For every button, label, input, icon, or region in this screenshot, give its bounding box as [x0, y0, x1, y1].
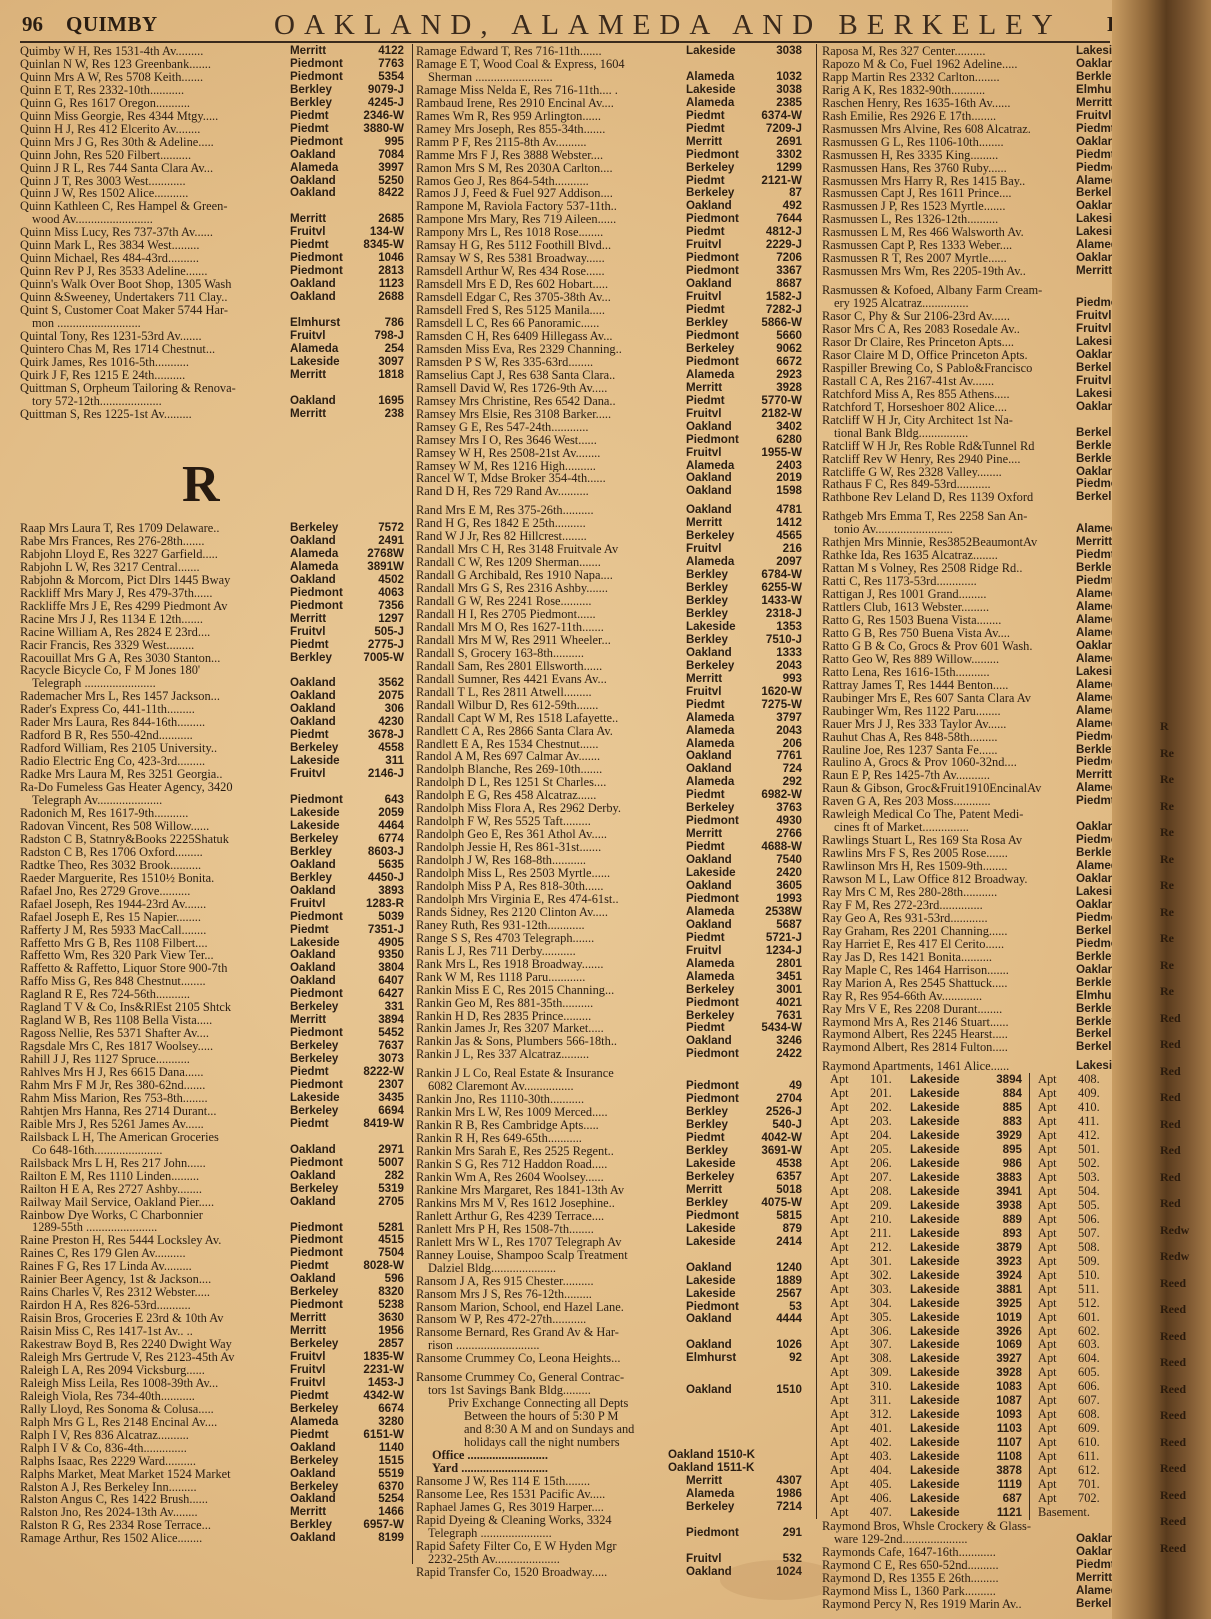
- phone-number: 2231-W: [342, 1364, 404, 1377]
- entry-name: Raven G A, Res 203 Moss............: [822, 795, 1080, 808]
- column-divider: [816, 44, 817, 1519]
- exchange: Oakland: [290, 1442, 336, 1455]
- phone-number: 254: [342, 343, 404, 356]
- exchange: Lakeside: [910, 1242, 982, 1255]
- exchange: Fruitvl: [686, 945, 721, 958]
- entry-name: Racouillat Mrs G A, Res 3030 Stanton...: [20, 652, 288, 665]
- entry-name: Ratto Lena, Res 1616-15th...........: [822, 666, 1080, 679]
- directory-entry: Ragoss Nellie, Res 5371 Shafter Av....Pi…: [20, 1027, 408, 1040]
- exchange: Lakeside: [910, 1214, 982, 1227]
- apartment-row: Apt208.Lakeside3941: [830, 1185, 1029, 1199]
- phone-number: 2923: [738, 369, 802, 382]
- apt-number: 307.: [870, 1338, 910, 1351]
- phone-number: 3878: [982, 1465, 1022, 1478]
- entry-name: Randolph Miss P A, Res 818-30th......: [416, 880, 684, 893]
- phone-number: 3881: [982, 1284, 1022, 1297]
- phone-number: 1103: [982, 1423, 1022, 1436]
- phone-number: 4444: [738, 1313, 802, 1326]
- entry-name: Rankin J L Co, Real Estate & Insurance: [416, 1067, 684, 1080]
- exchange: Alameda: [290, 1416, 338, 1429]
- exchange: Piedmont: [290, 71, 343, 84]
- entry-name: Raymond D, Res 1355 E 26th.........: [822, 1572, 1080, 1585]
- exchange: Merritt: [290, 408, 326, 421]
- directory-entry: Ramsdell L C, Res 66 Panoramic......Berk…: [416, 317, 808, 330]
- entry-name: Rasmussen Mrs Harry R, Res 1415 Bay..: [822, 175, 1080, 188]
- entry-name: Radke Mrs Laura M, Res 3251 Georgia..: [20, 768, 288, 781]
- phone-number: 6357: [738, 1171, 802, 1184]
- exchange: Oakland: [686, 1384, 732, 1397]
- apt-label: Apt: [1038, 1129, 1078, 1142]
- directory-entry: Quintal Tony, Res 1231-53rd Av.......Fru…: [20, 330, 408, 343]
- directory-entry: Ransome Crummey Co, Leona Heights...Elmh…: [416, 1352, 808, 1365]
- phone-number: 4450-J: [342, 872, 404, 885]
- entry-name: Randall S, Grocery 163-8th..........: [416, 647, 684, 660]
- entry-name: Randolph Mrs Virginia E, Res 474-61st..: [416, 893, 684, 906]
- entry-name: Radston C B, Statnry&Books 2225Shatuk: [20, 833, 288, 846]
- entry-name: Ranlett Mrs P H, Res 1508-7th........: [416, 1223, 684, 1236]
- entry-name: Rankin Miss E C, Res 2015 Channing...: [416, 984, 684, 997]
- exchange: Fruitvl: [290, 1364, 325, 1377]
- phone-number: 4245-J: [342, 97, 404, 110]
- entry-name: Randall Sumner, Res 4421 Evans Av...: [416, 673, 684, 686]
- entry-name: Randolph D L, Res 1251 St Charles....: [416, 776, 684, 789]
- phone-number: 1889: [738, 1275, 802, 1288]
- entry-name: Racir Francis, Res 3329 West.........: [20, 639, 288, 652]
- phone-number: 2307: [342, 1079, 404, 1092]
- directory-entry: Ransom Marion, School, end Hazel Lane.Pi…: [416, 1301, 808, 1314]
- directory-entry: Randolph E G, Res 458 Alcatraz......Pied…: [416, 789, 808, 802]
- phone-number: 3880-W: [342, 123, 404, 136]
- entry-name: Rawlinson Mrs H, Res 1509-9th........: [822, 860, 1080, 873]
- phone-number: 1695: [342, 395, 404, 408]
- apartment-row: Apt302.Lakeside3924: [830, 1269, 1029, 1283]
- exchange: Merritt: [290, 45, 326, 58]
- exchange: Lakeside: [910, 1116, 982, 1129]
- entry-name: Ransom J A, Res 915 Chester..........: [416, 1275, 684, 1288]
- directory-entry: Randall Sam, Res 2801 Ellsworth......Ber…: [416, 660, 808, 673]
- entry-name: Rahm Mrs F M Jr, Res 380-62nd.......: [20, 1079, 288, 1092]
- apt-number: 407.: [870, 1506, 910, 1519]
- exchange: Lakeside: [290, 807, 340, 820]
- exchange: Piedmont: [686, 356, 739, 369]
- entry-continuation: Telegraph .......................: [416, 1527, 696, 1540]
- directory-entry: Rawlings Stuart L, Res 169 Sta Rosa AvPi…: [822, 834, 1112, 847]
- directory-entry: Rank W M, Res 1118 Paru............Alame…: [416, 971, 808, 984]
- apartment-row: Apt211.Lakeside893: [830, 1227, 1029, 1241]
- entry-name: Ranney Louise, Shampoo Scalp Treatment: [416, 1249, 684, 1262]
- exchange: Fruitvl: [290, 768, 325, 781]
- directory-entry: Rahill J J, Res 1127 Spruce...........Be…: [20, 1053, 408, 1066]
- exchange: Piedmont: [290, 911, 343, 924]
- apt-label: Apt: [830, 1352, 870, 1365]
- directory-entry: Rasmussen G L, Res 1106-10th........Oakl…: [822, 136, 1112, 149]
- exchange: Lakeside: [910, 1493, 982, 1506]
- entry-name: Rapp Martin Res 2332 Carlton........: [822, 71, 1080, 84]
- entry-name: Rattlers Club, 1613 Webster.........: [822, 601, 1080, 614]
- adjacent-page-text: Re: [1160, 906, 1174, 919]
- directory-entry: Ramsdell Edgar C, Res 3705-38th Av...Fru…: [416, 291, 808, 304]
- directory-entry: Randall Mrs M O, Res 1627-11th.......Lak…: [416, 621, 808, 634]
- apartment-row: Apt212.Lakeside3879: [830, 1241, 1029, 1255]
- entry-name: Randall Mrs M W, Res 2911 Wheeler...: [416, 634, 684, 647]
- directory-entry: Raines F G, Res 17 Linda Av.........Pied…: [20, 1260, 408, 1273]
- entry-name: Raymond Percy N, Res 1919 Marin Av..: [822, 1598, 1080, 1611]
- directory-entry: Ramage Edward T, Res 716-11th.......Lake…: [416, 45, 808, 58]
- apt-label: Apt: [1038, 1366, 1078, 1379]
- apt-label: Apt: [830, 1087, 870, 1100]
- entry-name: Rabjohn Lloyd E, Res 3227 Garfield.....: [20, 548, 288, 561]
- directory-entry: Raschen Henry, Res 1635-16th Av......Mer…: [822, 97, 1112, 110]
- directory-entry: Raposa M, Res 327 Center..........Lakesi…: [822, 45, 1112, 58]
- exchange: Lakeside: [686, 45, 736, 58]
- entry-name: Racine William A, Res 2824 E 23rd....: [20, 626, 288, 639]
- entry-name: Raubinger Mrs E, Res 607 Santa Clara Av: [822, 692, 1080, 705]
- exchange: Fruitvl: [686, 408, 721, 421]
- directory-entry: Quimby W H, Res 1531-4th Av.........Merr…: [20, 45, 408, 58]
- entry-name: Raymond C E, Res 650-52nd..........: [822, 1559, 1080, 1572]
- directory-entry: Raleigh Viola, Res 734-40th...........Pi…: [20, 1390, 408, 1403]
- adjacent-page-text: Reed: [1160, 1489, 1186, 1502]
- exchange: Lakeside: [686, 621, 736, 634]
- apt-number: 211.: [870, 1227, 910, 1240]
- directory-entry: Ransom W P, Res 472-27th...........Oakla…: [416, 1313, 808, 1326]
- apt-number: 209.: [870, 1199, 910, 1212]
- entry-name: Ramsey W M, Res 1216 High..........: [416, 460, 684, 473]
- entry-name: Ramsdell L C, Res 66 Panoramic......: [416, 317, 684, 330]
- directory-entry: Quint S, Customer Coat Maker 5744 Har-mo…: [20, 304, 408, 330]
- exchange: Piedmont: [290, 587, 343, 600]
- apt-number: 204.: [870, 1129, 910, 1142]
- apt-label: Apt: [1038, 1380, 1078, 1393]
- directory-entry: Ralph I V, Res 836 Alcatraz..........Pie…: [20, 1429, 408, 1442]
- adjacent-page-text: Re: [1160, 932, 1174, 945]
- entry-name: Ramon Mrs S M, Res 2030A Carlton....: [416, 162, 684, 175]
- exchange: Piedmont: [686, 1527, 739, 1540]
- phone-number: 9062: [738, 343, 802, 356]
- entry-name: Ransom Mrs J S, Res 76-12th.........: [416, 1288, 684, 1301]
- phone-number: 1299: [738, 162, 802, 175]
- directory-entry: Quinn Mrs A W, Res 5708 Keith.......Pied…: [20, 71, 408, 84]
- phone-number: 3038: [738, 45, 802, 58]
- entry-name: Ransome Crummey Co, General Contrac-: [416, 1371, 684, 1384]
- apartment-row: Apt301.Lakeside3923: [830, 1255, 1029, 1269]
- entry-name: Randall T L, Res 2811 Atwell.........: [416, 686, 684, 699]
- directory-entry: Rancel W T, Mdse Broker 354-4th......Oak…: [416, 472, 808, 485]
- directory-entry: Rasmussen Mrs Harry R, Res 1415 Bay..Ala…: [822, 175, 1112, 188]
- directory-entry: Rattray James T, Res 1444 Benton.....Ala…: [822, 679, 1112, 692]
- entry-name: Rattray James T, Res 1444 Benton.....: [822, 679, 1080, 692]
- directory-entry: Ranlett Mrs W L, Res 1707 Telegraph AvLa…: [416, 1236, 808, 1249]
- phone-number: 1835-W: [342, 1351, 404, 1364]
- entry-name: Rauline Joe, Res 1237 Santa Fe......: [822, 744, 1080, 757]
- entry-name: Ransome J W, Res 114 E 15th........: [416, 1475, 684, 1488]
- directory-entry: Ramey Mrs Joseph, Res 855-34th.......Pie…: [416, 123, 808, 136]
- apt-label: Apt: [1038, 1087, 1078, 1100]
- directory-entry: Rash Emilie, Res 2926 E 17th........Frui…: [822, 110, 1112, 123]
- entry-name: Ray F M, Res 272-23rd..............: [822, 899, 1080, 912]
- exchange: Fruitvl: [290, 898, 325, 911]
- entry-name: Rally Lloyd, Res Sonoma & Colusa.....: [20, 1403, 288, 1416]
- directory-entry: Ray Harriet E, Res 417 El Cerito......Pi…: [822, 938, 1112, 951]
- phone-number: 4063: [342, 587, 404, 600]
- apt-label: Apt: [830, 1269, 870, 1282]
- apartments-left: Apt101.Lakeside3894Apt201.Lakeside884Apt…: [830, 1073, 1030, 1520]
- apt-number: 406.: [870, 1492, 910, 1505]
- exchange: Lakeside: [910, 1339, 982, 1352]
- night-number-value: Oakland 1511-K: [668, 1462, 754, 1475]
- phone-number: 3001: [738, 984, 802, 997]
- directory-entry: Ralston A J, Res Berkeley Inn.........Be…: [20, 1481, 408, 1494]
- entry-name: Rankin H D, Res 2835 Prince.........: [416, 1010, 684, 1023]
- phone-number: 7214: [738, 1501, 802, 1514]
- entry-name: Ramey Mrs Joseph, Res 855-34th.......: [416, 123, 684, 136]
- entry-name: Rawson M L, Law Office 812 Broadway.: [822, 873, 1080, 886]
- exchange: Merritt: [686, 1184, 722, 1197]
- exchange: Lakeside: [910, 1130, 982, 1143]
- adjacent-page-text: Re: [1160, 773, 1174, 786]
- adjacent-page-text: Re: [1160, 879, 1174, 892]
- entry-name: Rank W M, Res 1118 Paru............: [416, 971, 684, 984]
- directory-entry: Ray F M, Res 272-23rd..............Oakla…: [822, 899, 1112, 912]
- r-entries: Raap Mrs Laura T, Res 1709 Delaware..Ber…: [20, 522, 408, 1545]
- apt-label: Apt: [830, 1394, 870, 1407]
- entry-name: Rapid Safety Filter Co, E W Hyden Mgr: [416, 1540, 684, 1553]
- apt-label: Apt: [1038, 1352, 1078, 1365]
- exchange: Berkley: [686, 608, 728, 621]
- phone-number: 1620-W: [738, 686, 802, 699]
- apt-label: Apt: [1038, 1325, 1078, 1338]
- phone-number: 2043: [738, 725, 802, 738]
- phone-number: 1234-J: [738, 945, 802, 958]
- entry-name: Ramsay W S, Res 5381 Broadway......: [416, 252, 684, 265]
- phone-number: 1121: [982, 1507, 1022, 1520]
- entry-name: Randolph F W, Res 5525 Taft.........: [416, 815, 684, 828]
- directory-entry: Ramsden P S W, Res 335-63rd........Piedm…: [416, 356, 808, 369]
- phone-number: 7275-W: [738, 699, 802, 712]
- exchange: Fruitvl: [290, 626, 325, 639]
- phone-number: 5519: [342, 1468, 404, 1481]
- phone-number: 238: [342, 408, 404, 421]
- entry-name: Ray Geo A, Res 931-53rd............: [822, 912, 1080, 925]
- directory-entry: Raubinger Mrs E, Res 607 Santa Clara AvA…: [822, 692, 1112, 705]
- phone-number: 3926: [982, 1326, 1022, 1339]
- entry-name: Raisin Miss C, Res 1417-1st Av.. ..: [20, 1325, 288, 1338]
- entry-name: Rand H G, Res 1842 E 25th..........: [416, 517, 684, 530]
- exchange: Piedmt: [290, 639, 329, 652]
- exchange: Oakland: [686, 1262, 732, 1275]
- entry-name: Randol A M, Res 697 Calmar Av.......: [416, 750, 684, 763]
- directory-entry: Rand W J Jr, Res 82 Hillcrest........Ber…: [416, 530, 808, 543]
- phone-number: 2768W: [342, 548, 404, 561]
- exchange: Lakeside: [910, 1088, 982, 1101]
- directory-entry: Rawlinson Mrs H, Res 1509-9th........Ala…: [822, 860, 1112, 873]
- exchange: Fruitvl: [686, 447, 721, 460]
- phone-number: 3038: [738, 84, 802, 97]
- entry-name: Ramsdell Fred S, Res 5125 Manila.....: [416, 304, 684, 317]
- entry-name: Raible Mrs J, Res 5261 James Av......: [20, 1118, 288, 1131]
- entry-name: Ralph Mrs G L, Res 2148 Encinal Av....: [20, 1416, 288, 1429]
- directory-entry: Rasor Claire M D, Office Princeton Apts.…: [822, 349, 1112, 362]
- phone-number: 5018: [738, 1184, 802, 1197]
- directory-entry: Ratto G B & Co, Grocs & Prov 601 Wash.Oa…: [822, 640, 1112, 653]
- entry-name: Rauhut Chas A, Res 848-58th.........: [822, 731, 1080, 744]
- apt-label: Apt: [830, 1380, 870, 1393]
- entry-name: Raleigh L A, Res 2094 Vicksburg......: [20, 1364, 288, 1377]
- entry-name: Raffo Miss G, Res 848 Chestnut........: [20, 975, 288, 988]
- phone-number: 3924: [982, 1270, 1022, 1283]
- exchange: Berkeley: [290, 1455, 338, 1468]
- apartment-row: Apt403.Lakeside1108: [830, 1450, 1029, 1464]
- entry-name: Radford William, Res 2105 University..: [20, 742, 288, 755]
- directory-entry: Raymond C E, Res 650-52nd..........Piedm…: [822, 1559, 1112, 1572]
- exchange: Piedmt: [290, 1429, 329, 1442]
- entry-name: Rathaus F C, Res 849-53rd...........: [822, 478, 1080, 491]
- directory-entry: Ramon Mrs S M, Res 2030A Carlton....Berk…: [416, 162, 808, 175]
- directory-entry: Rankin James Jr, Res 3207 Market.....Pie…: [416, 1022, 808, 1035]
- apt-number: 212.: [870, 1241, 910, 1254]
- apartment-row: Apt303.Lakeside3881: [830, 1283, 1029, 1297]
- phone-number: 3925: [982, 1298, 1022, 1311]
- apt-label: Apt: [830, 1366, 870, 1379]
- exchange: Berkeley: [686, 162, 734, 175]
- directory-entry: Ramsey W M, Res 1216 High..........Alame…: [416, 460, 808, 473]
- entry-name: Randall H I, Res 2705 Piedmont......: [416, 608, 684, 621]
- directory-entry: Raspiller Brewing Co, S Pablo&FranciscoB…: [822, 362, 1112, 375]
- entry-name: Quittman S, Orpheum Tailoring & Renova-: [20, 382, 288, 395]
- phone-number: 3879: [982, 1242, 1022, 1255]
- apt-number: 203.: [870, 1115, 910, 1128]
- entries-tail: Raymond Bros, Whsle Crockery & Glass-war…: [822, 1520, 1112, 1611]
- directory-entry: Ratto Lena, Res 1616-15th...........Lake…: [822, 666, 1112, 679]
- entry-name: Randlett E A, Res 1534 Chestnut......: [416, 738, 684, 751]
- phone-number: 1515: [342, 1455, 404, 1468]
- directory-entry: Raleigh L A, Res 2094 Vicksburg......Fru…: [20, 1364, 408, 1377]
- directory-entry: Ray R, Res 954-66th Av.............Elmhu…: [822, 990, 1112, 1003]
- entry-name: Ralston R G, Res 2334 Rose Terrace...: [20, 1519, 288, 1532]
- entry-name: Ramsdell Edgar C, Res 3705-38th Av...: [416, 291, 684, 304]
- entry-name: Randall Sam, Res 2801 Ellsworth......: [416, 660, 684, 673]
- apt-number: 403.: [870, 1450, 910, 1463]
- entry-continuation: mon ...........................: [20, 317, 300, 330]
- entry-name: Ramage Arthur, Res 1502 Alice........: [20, 1532, 288, 1545]
- apartment-row: Apt405.Lakeside1119: [830, 1478, 1029, 1492]
- exchange: Merritt: [686, 673, 722, 686]
- directory-entry: Rankin Jas & Sons, Plumbers 566-18th..Oa…: [416, 1035, 808, 1048]
- directory-entry: Rastall C A, Res 2167-41st Av.......Frui…: [822, 375, 1112, 388]
- apt-number: 205.: [870, 1143, 910, 1156]
- entry-name: Rairdon H A, Res 826-53rd...........: [20, 1299, 288, 1312]
- directory-entry: Ramsdell Fred S, Res 5125 Manila.....Pie…: [416, 304, 808, 317]
- entry-name: Ratti C, Res 1173-53rd.............: [822, 575, 1080, 588]
- exchange: Lakeside: [910, 1465, 982, 1478]
- exchange: Alameda: [290, 162, 338, 175]
- entry-name: Rankin Mrs Sarah E, Res 2525 Regent..: [416, 1145, 684, 1158]
- entry-name: Ralphs Isaac, Res 2229 Ward..........: [20, 1455, 288, 1468]
- exchange: Piedmont: [290, 600, 343, 613]
- directory-entry: Quinn J R L, Res 744 Santa Clara Av...Al…: [20, 162, 408, 175]
- exchange: Oakland: [290, 885, 336, 898]
- adjacent-page-text: Reed: [1160, 1330, 1186, 1343]
- apt-label: Apt: [1038, 1436, 1078, 1449]
- directory-entry: Quinn Michael, Res 484-43rd..........Pie…: [20, 252, 408, 265]
- directory-entry: Rafael Joseph, Res 1944-23rd Av.......Fr…: [20, 898, 408, 911]
- exchange: Piedmt: [290, 110, 329, 123]
- directory-entry: Randlett C A, Res 2866 Santa Clara Av.Al…: [416, 725, 808, 738]
- apt-label: Apt: [830, 1157, 870, 1170]
- apt-number: 302.: [870, 1269, 910, 1282]
- directory-entry: Ramsell David W, Res 1726-9th Av.....Mer…: [416, 382, 808, 395]
- directory-entry: Ralston Angus C, Res 1422 Brush......Oak…: [20, 1493, 408, 1506]
- entry-name: Rademacher Mrs L, Res 1457 Jackson...: [20, 690, 288, 703]
- entry-name: Raleigh Mrs Gertrude V, Res 2123-45th Av: [20, 1351, 288, 1364]
- directory-entry: Raymond D, Res 1355 E 26th.........Merri…: [822, 1572, 1112, 1585]
- exchange: Fruitvl: [686, 686, 721, 699]
- entry-name: Rankin James Jr, Res 3207 Market.....: [416, 1022, 684, 1035]
- apartment-row: Apt404.Lakeside3878: [830, 1464, 1029, 1478]
- apt-label: Apt: [830, 1464, 870, 1477]
- entry-name: Ransom W P, Res 472-27th...........: [416, 1313, 684, 1326]
- entry-name: Raisin Bros, Groceries E 23rd & 10th Av: [20, 1312, 288, 1325]
- apt-label: Apt: [830, 1171, 870, 1184]
- exchange: Piedmont: [686, 434, 739, 447]
- entry-continuation: rison ...........................: [416, 1339, 696, 1352]
- entry-name: Quinn Kathleen C, Res Hampel & Green-: [20, 200, 288, 213]
- exchange: Piedmont: [290, 58, 343, 71]
- entry-name: Ray Mrs C M, Res 280-28th...........: [822, 886, 1080, 899]
- directory-entry: Quintero Chas M, Res 1714 Chestnut...Ala…: [20, 343, 408, 356]
- phone-number: 3451: [738, 971, 802, 984]
- entry-name: Ray Mrs V E, Res 2208 Durant........: [822, 1003, 1080, 1016]
- directory-entry: Rademacher Mrs L, Res 1457 Jackson...Oak…: [20, 690, 408, 703]
- apt-label: Apt: [1038, 1297, 1078, 1310]
- entry-name: Randall Mrs M O, Res 1627-11th.......: [416, 621, 684, 634]
- entry-continuation: Telegraph Av.....................: [20, 794, 300, 807]
- directory-entry: Ragland T V & Co, Ins&RlEst 2105 ShtckBe…: [20, 1001, 408, 1014]
- header-rule: [20, 41, 1110, 43]
- directory-entry: Raun E P, Res 1425-7th Av...........Merr…: [822, 769, 1112, 782]
- entry-name: Rands Sidney, Res 2120 Clinton Av.....: [416, 906, 684, 919]
- phone-number: 2059: [342, 807, 404, 820]
- directory-entry: Ramsden C H, Res 6409 Hillegass Av...Pie…: [416, 330, 808, 343]
- directory-entry: Ramsay W S, Res 5381 Broadway......Piedm…: [416, 252, 808, 265]
- apartment-row: Apt209.Lakeside3938: [830, 1199, 1029, 1213]
- exchange: Oakland: [290, 291, 336, 304]
- exchange: Merritt: [1076, 1572, 1112, 1585]
- phone-number: 5815: [738, 1210, 802, 1223]
- directory-entry: Radovan Vincent, Res 508 Willow......Lak…: [20, 820, 408, 833]
- directory-entry: Raleigh Miss Leila, Res 1008-39th Av...F…: [20, 1377, 408, 1390]
- exchange: Oakland: [290, 149, 336, 162]
- entry-name: Ransome Bernard, Res Grand Av & Har-: [416, 1326, 684, 1339]
- entry-name: Quinn Mark L, Res 3834 West.........: [20, 239, 288, 252]
- directory-entry: Raulino A, Grocs & Prov 1060-32nd....Pie…: [822, 756, 1112, 769]
- directory-entry: Randall S, Grocery 163-8th..........Oakl…: [416, 647, 808, 660]
- directory-entry: Rathke Ida, Res 1635 Alcatraz........Pie…: [822, 549, 1112, 562]
- adjacent-page-text: Red: [1160, 1065, 1181, 1078]
- directory-entry: Ransome Bernard, Res Grand Av & Har-riso…: [416, 1326, 808, 1352]
- exchange: Oakland: [290, 1144, 336, 1157]
- apt-label: Apt: [1038, 1478, 1078, 1491]
- apt-number: 201.: [870, 1087, 910, 1100]
- directory-entry: Rampone M, Raviola Factory 537-11th..Oak…: [416, 200, 808, 213]
- directory-entry: Rauhut Chas A, Res 848-58th.........Pied…: [822, 731, 1112, 744]
- phone-number: 4122: [342, 45, 404, 58]
- phone-number: 8603-J: [342, 846, 404, 859]
- apt-label: Apt: [1038, 1199, 1078, 1212]
- entry-name: Ralph I V, Res 836 Alcatraz..........: [20, 1429, 288, 1442]
- apt-label: Apt: [1038, 1269, 1078, 1282]
- exchange: Berkley: [290, 652, 332, 665]
